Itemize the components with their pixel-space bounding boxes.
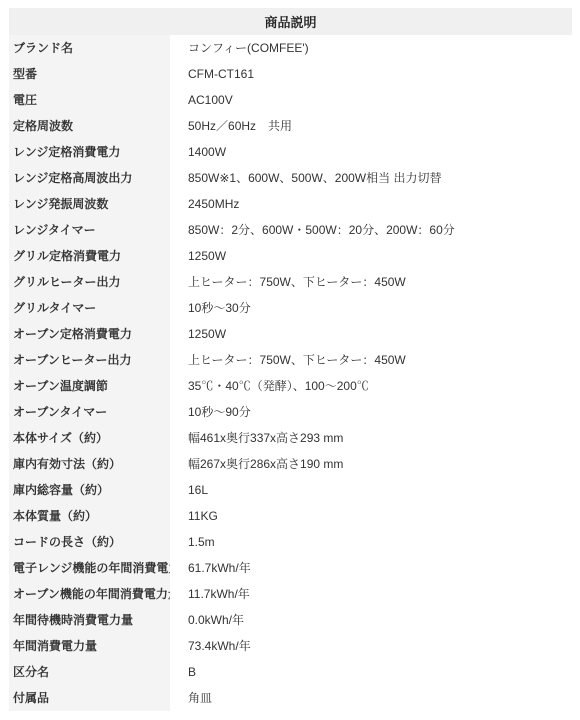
- spec-row: コードの長さ（約） 1.5m: [9, 529, 572, 555]
- product-spec-table: 商品説明 ブランド名 コンフィー(COMFEE') 型番 CFM-CT161 電…: [9, 8, 572, 711]
- spec-label: 年間待機時消費電力量: [9, 607, 170, 633]
- spec-value: 幅461x奥行337x高さ293 mm: [170, 425, 572, 451]
- spec-row: 本体質量（約） 11KG: [9, 503, 572, 529]
- spec-label: レンジ発振周波数: [9, 191, 170, 217]
- spec-value: 850W：2分、600W・500W：20分、200W：60分: [170, 217, 572, 243]
- spec-label: レンジ定格高周波出力: [9, 165, 170, 191]
- spec-row: 電子レンジ機能の年間消費電力量 61.7kWh/年: [9, 555, 572, 581]
- spec-row: 年間消費電力量 73.4kWh/年: [9, 633, 572, 659]
- spec-value: 50Hz／60Hz 共用: [170, 113, 572, 139]
- spec-label: 庫内総容量（約）: [9, 477, 170, 503]
- spec-row: 付属品 角皿: [9, 685, 572, 711]
- spec-label: オーブン温度調節: [9, 373, 170, 399]
- spec-label: 定格周波数: [9, 113, 170, 139]
- spec-row: 電圧 AC100V: [9, 87, 572, 113]
- spec-label: オーブン機能の年間消費電力量: [9, 581, 170, 607]
- spec-value: 73.4kWh/年: [170, 633, 572, 659]
- spec-label: 本体サイズ（約）: [9, 425, 170, 451]
- spec-label: オーブンヒーター出力: [9, 347, 170, 373]
- spec-label: レンジ定格消費電力: [9, 139, 170, 165]
- spec-rows: ブランド名 コンフィー(COMFEE') 型番 CFM-CT161 電圧 AC1…: [9, 35, 572, 711]
- spec-label: 型番: [9, 61, 170, 87]
- spec-value: 上ヒーター：750W、下ヒーター：450W: [170, 269, 572, 295]
- spec-value: 10秒～30分: [170, 295, 572, 321]
- spec-row: ブランド名 コンフィー(COMFEE'): [9, 35, 572, 61]
- spec-value: 1250W: [170, 321, 572, 347]
- spec-value: 1250W: [170, 243, 572, 269]
- spec-value: 10秒～90分: [170, 399, 572, 425]
- spec-row: 庫内有効寸法（約） 幅267x奥行286x高さ190 mm: [9, 451, 572, 477]
- spec-label: 電圧: [9, 87, 170, 113]
- spec-row: 型番 CFM-CT161: [9, 61, 572, 87]
- spec-label: 付属品: [9, 685, 170, 711]
- spec-label: コードの長さ（約）: [9, 529, 170, 555]
- spec-value: 角皿: [170, 685, 572, 711]
- spec-value: 2450MHz: [170, 191, 572, 217]
- spec-value: 1.5m: [170, 529, 572, 555]
- spec-row: レンジ定格高周波出力 850W※1、600W、500W、200W相当 出力切替: [9, 165, 572, 191]
- spec-row: オーブン温度調節 35℃・40℃（発酵）、100～200℃: [9, 373, 572, 399]
- spec-row: オーブンタイマー 10秒～90分: [9, 399, 572, 425]
- spec-label: 区分名: [9, 659, 170, 685]
- table-title: 商品説明: [9, 8, 572, 35]
- spec-label: 庫内有効寸法（約）: [9, 451, 170, 477]
- spec-row: オーブン機能の年間消費電力量 11.7kWh/年: [9, 581, 572, 607]
- spec-label: ブランド名: [9, 35, 170, 61]
- spec-value: 0.0kWh/年: [170, 607, 572, 633]
- spec-value: 1400W: [170, 139, 572, 165]
- spec-row: オーブン定格消費電力 1250W: [9, 321, 572, 347]
- spec-value: 上ヒーター：750W、下ヒーター：450W: [170, 347, 572, 373]
- spec-row: オーブンヒーター出力 上ヒーター：750W、下ヒーター：450W: [9, 347, 572, 373]
- spec-row: レンジタイマー 850W：2分、600W・500W：20分、200W：60分: [9, 217, 572, 243]
- spec-label: グリルタイマー: [9, 295, 170, 321]
- spec-value: AC100V: [170, 87, 572, 113]
- spec-label: オーブンタイマー: [9, 399, 170, 425]
- spec-label: オーブン定格消費電力: [9, 321, 170, 347]
- spec-label: レンジタイマー: [9, 217, 170, 243]
- spec-value: 850W※1、600W、500W、200W相当 出力切替: [170, 165, 572, 191]
- spec-row: 年間待機時消費電力量 0.0kWh/年: [9, 607, 572, 633]
- spec-value: 35℃・40℃（発酵）、100～200℃: [170, 373, 572, 399]
- spec-row: 定格周波数 50Hz／60Hz 共用: [9, 113, 572, 139]
- spec-value: 61.7kWh/年: [170, 555, 572, 581]
- spec-label: 電子レンジ機能の年間消費電力量: [9, 555, 170, 581]
- spec-row: 庫内総容量（約） 16L: [9, 477, 572, 503]
- spec-value: 11KG: [170, 503, 572, 529]
- spec-label: グリル定格消費電力: [9, 243, 170, 269]
- spec-value: 11.7kWh/年: [170, 581, 572, 607]
- spec-value: CFM-CT161: [170, 61, 572, 87]
- spec-label: 年間消費電力量: [9, 633, 170, 659]
- spec-row: グリルヒーター出力 上ヒーター：750W、下ヒーター：450W: [9, 269, 572, 295]
- spec-value: 幅267x奥行286x高さ190 mm: [170, 451, 572, 477]
- spec-label: 本体質量（約）: [9, 503, 170, 529]
- spec-value: コンフィー(COMFEE'): [170, 35, 572, 61]
- spec-row: 本体サイズ（約） 幅461x奥行337x高さ293 mm: [9, 425, 572, 451]
- spec-row: 区分名 B: [9, 659, 572, 685]
- spec-label: グリルヒーター出力: [9, 269, 170, 295]
- spec-value: 16L: [170, 477, 572, 503]
- spec-row: レンジ発振周波数 2450MHz: [9, 191, 572, 217]
- spec-row: レンジ定格消費電力 1400W: [9, 139, 572, 165]
- spec-value: B: [170, 659, 572, 685]
- spec-row: グリル定格消費電力 1250W: [9, 243, 572, 269]
- spec-row: グリルタイマー 10秒～30分: [9, 295, 572, 321]
